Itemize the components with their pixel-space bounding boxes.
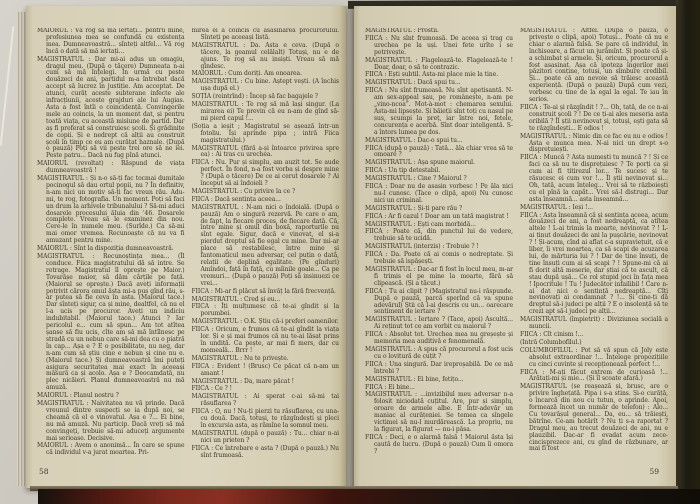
dialogue-paragraph: FIICA : Absolut tot. Urechea mea nu greș… <box>374 332 513 346</box>
dialogue-paragraph: FIICA : Deci, e o alarmă falsă ! Maiorul… <box>374 435 513 456</box>
page-58-column-1: MAIORUL : Vă rog să mă iertați... pentru… <box>37 28 185 472</box>
dialogue-paragraph: mirea ei a coincis cu asasinarea procuro… <box>201 28 340 42</box>
dialogue-paragraph: MAGISTRATUL : Ai sperat c-ai să-mi tai r… <box>201 394 340 408</box>
dialogue-paragraph: FIICA : Te-ai și răzgîndit ! ?... Oh, ta… <box>529 105 668 133</box>
dialogue-paragraph: FIICA : Poate că, din punctul lui de ved… <box>374 229 513 243</box>
dialogue-paragraph: MAIORUL : Cum doriți. Am onoarea. <box>201 71 340 78</box>
open-book: MAIORUL : Vă rog să mă iertați... pentru… <box>26 6 678 488</box>
dialogue-paragraph: FIICA : Ei bine... <box>374 385 513 392</box>
dialogue-paragraph: MAGISTRATUL : Dacă spui tu... <box>374 80 513 87</box>
dialogue-paragraph: MAGISTRATUL : Dar mi-ai adus un omagiu, … <box>46 57 185 161</box>
dialogue-paragraph: MAGISTRATUL : Ei bine, fetițo... <box>374 377 513 384</box>
dialogue-paragraph: MAGISTRATUL : Te rog să mă lași singur. … <box>201 102 340 123</box>
book-cover-right-edge <box>676 0 700 496</box>
dialogue-paragraph: FIICA : Nu. Pur și simplu, am auzit tot.… <box>201 160 340 188</box>
dialogue-paragraph: (Intră Columbofilul.) <box>529 340 668 347</box>
dialogue-paragraph: MAGISTRATUL : Ieși !... <box>529 205 668 212</box>
dialogue-paragraph: MAGISTRATUL : Dac-ar fi fost în locul me… <box>374 267 513 288</box>
book-cover-bottom-edge <box>38 489 700 504</box>
page-59: MAGISTRATUL : Prostii.FIICA : Nu sînt fr… <box>354 6 676 488</box>
page-58: MAIORUL : Vă rog să mă iertați... pentru… <box>26 6 346 488</box>
page-59-column-2: MAGISTRATUL : Altfel. (După o pauză, o p… <box>520 28 668 472</box>
dialogue-paragraph: FIICA : Ce ? ! <box>201 386 340 393</box>
dialogue-paragraph: FIICA : Una singură. Dar ireproșabilă. D… <box>374 362 513 376</box>
page-59-column-1: MAGISTRATUL : Prostii.FIICA : Nu sînt fr… <box>365 28 513 472</box>
dialogue-paragraph: SOȚIA (reintrînd) : Încep să fac bagajel… <box>201 94 340 101</box>
page-number-58: 58 <box>39 467 49 476</box>
dialogue-paragraph: FIICA : Doar nu de asasin vorbesc ! Pe ă… <box>374 184 513 205</box>
dialogue-paragraph: MAGISTRATUL : A spus că procurorul a fos… <box>374 347 513 361</box>
dialogue-paragraph: FIICA : Mi-ar fi plăcut să învăț la fără… <box>201 289 340 296</box>
dialogue-paragraph: MAGISTRATUL (împietrit) : Diviziunea soc… <box>529 317 668 331</box>
dialogue-paragraph: MAGISTRATUL : Cred și eu... <box>201 297 340 304</box>
page-corner-highlight <box>0 26 14 146</box>
dialogue-paragraph: FIICA (după o pauză) : Tată... ăla chiar… <box>374 146 513 160</box>
page-58-columns: MAIORUL : Vă rog să mă iertați... pentru… <box>26 6 346 472</box>
dialogue-paragraph: FIICA : Cît cinism !... <box>529 332 668 339</box>
dialogue-paragraph: FIICA : Ar fi cazul ! Doar am un tată ma… <box>374 214 513 221</box>
dialogue-paragraph: MAGISTRATUL (fără a-și întoarce privirea… <box>201 146 340 160</box>
dialogue-paragraph: MAGISTRATUL : Iertare ? (Tace, apoi) Asc… <box>374 317 513 331</box>
dialogue-paragraph: FIICA : Evident ! (Brusc) Ce păcat că n-… <box>201 364 340 378</box>
dialogue-paragraph: MAIORUL : Avem o anonimă... În care se s… <box>46 443 185 457</box>
dialogue-paragraph: MAGISTRATUL : Cine ? Maiorul ? <box>374 176 513 183</box>
dialogue-paragraph: MAGISTRATUL : Nu te privește. <box>201 356 340 363</box>
dialogue-paragraph: MAGISTRATUL (după o pauză) : Tu... chiar… <box>201 431 340 445</box>
dialogue-paragraph: MAGISTRATUL : Și-ți pare rău ? <box>374 206 513 213</box>
dialogue-paragraph: MAGISTRATUL : Altfel. (După o pauză, o p… <box>529 28 668 104</box>
dialogue-paragraph: MAGISTRATUL : Cu bine. Aștept vești. (A … <box>201 79 340 93</box>
dialogue-paragraph: COLUMBOFILUL : Pot să vă spun că Joly es… <box>529 348 668 369</box>
dialogue-paragraph: MAIORUL : Planul nostru ? <box>46 393 185 400</box>
dialogue-paragraph: MAGISTRATUL : ...invizibilul meu adversa… <box>374 392 513 433</box>
dialogue-paragraph: MAIORUL : Vă rog să mă iertați... pentru… <box>46 28 185 56</box>
dialogue-paragraph: MAGISTRATUL : Naivitatea nu vă prinde. D… <box>46 401 185 442</box>
page-number-59: 59 <box>649 467 659 476</box>
dialogue-paragraph: FIICA : Ești subtil. Asta-mi place mie l… <box>374 72 513 79</box>
dialogue-paragraph: MAGISTRATUL : N-am nici o îndoială. (Dup… <box>201 205 340 288</box>
dialogue-paragraph: MAGISTRATUL : Flagelează-te. Flagelează-… <box>374 58 513 72</box>
dialogue-paragraph: MAGISTRATUL : Cu privire la ce ? <box>201 189 340 196</box>
dialogue-paragraph: FIICA : Ce întrebare e asta ? (După o pa… <box>201 446 340 460</box>
dialogue-paragraph: MAGISTRATUL : Recunoștința mea... (Îl co… <box>46 254 185 392</box>
dialogue-paragraph: FIICA : Nu sînt frumoasă. Nu sînt apetis… <box>374 88 513 136</box>
page-stack-edge <box>17 12 26 486</box>
dialogue-paragraph: MAGISTRATUL (interzis) : Trebuie ? ! <box>374 244 513 251</box>
dialogue-paragraph: MAGISTRATUL : Ești cam morbidă... <box>374 222 513 229</box>
dialogue-paragraph: MAIORUL (revoltat) : Răspund de viața du… <box>46 161 185 175</box>
dialogue-paragraph: MAGISTRATUL : Da, mare păcat ! <box>201 379 340 386</box>
dialogue-paragraph: MAGISTRATUL : Și n-o să-ți fac tocmai du… <box>46 176 185 245</box>
dialogue-paragraph: FIICA : Tu ai clipit ? (Magistratul nu-i… <box>374 289 513 317</box>
dialogue-paragraph: MAGISTRATUL : Prostii. <box>374 28 513 35</box>
dialogue-paragraph: FIICA : Asta înseamnă că și sentința ace… <box>529 213 668 317</box>
dialogue-paragraph: FIICA : Oricum, e frumos că te-ai gîndit… <box>201 327 340 355</box>
dialogue-paragraph: FIICA : Îți mulțumesc că te-ai gîndit și… <box>201 304 340 318</box>
dialogue-paragraph: MAGISTRATUL : Nimic din ce fac eu nu e o… <box>529 134 668 155</box>
dialogue-paragraph: MAGISTRATUL (se reașează și, brusc, are … <box>529 384 668 453</box>
dialogue-paragraph: FIICA : Da. Poate că ai comis o nedrepta… <box>374 252 513 266</box>
dialogue-paragraph: MAGISTRATUL : Așa spune maiorul. <box>374 160 513 167</box>
dialogue-paragraph: FIICA : Nu sînt frumoasă. De aceea și tr… <box>374 36 513 57</box>
dialogue-paragraph: MAGISTRATUL : Da. Asta e ceva. (După o t… <box>201 43 340 71</box>
page-58-column-2: mirea ei a coincis cu asasinarea procuro… <box>192 28 340 472</box>
dialogue-paragraph: (Soția a ieșit ; Magistratul se așează î… <box>201 124 340 145</box>
dialogue-paragraph: MAIORUL : Sînt la dispoziția dumneavoast… <box>46 246 185 253</box>
dialogue-paragraph: FIICA : Muncă ? Asta numești tu muncă ? … <box>529 155 668 203</box>
dialogue-paragraph: MAGISTRATUL : O.K. Știu că-i preferi oam… <box>201 319 340 326</box>
dialogue-paragraph: FIICA : M-ați făcut extrem de curioasă !… <box>529 370 668 384</box>
dialogue-paragraph: MAGISTRATUL : Dac-o spui tu... <box>374 138 513 145</box>
book-photo: MAIORUL : Vă rog să mă iertați... pentru… <box>0 0 700 504</box>
dialogue-paragraph: FIICA : Dacă sentința aceea... <box>201 197 340 204</box>
page-59-columns: MAGISTRATUL : Prostii.FIICA : Nu sînt fr… <box>354 6 676 472</box>
dialogue-paragraph: FIICA : Un tip detestabil. <box>374 168 513 175</box>
dialogue-paragraph: FIICA : O, nu ! Nu-ți pierzi tu răsuflar… <box>201 409 340 430</box>
